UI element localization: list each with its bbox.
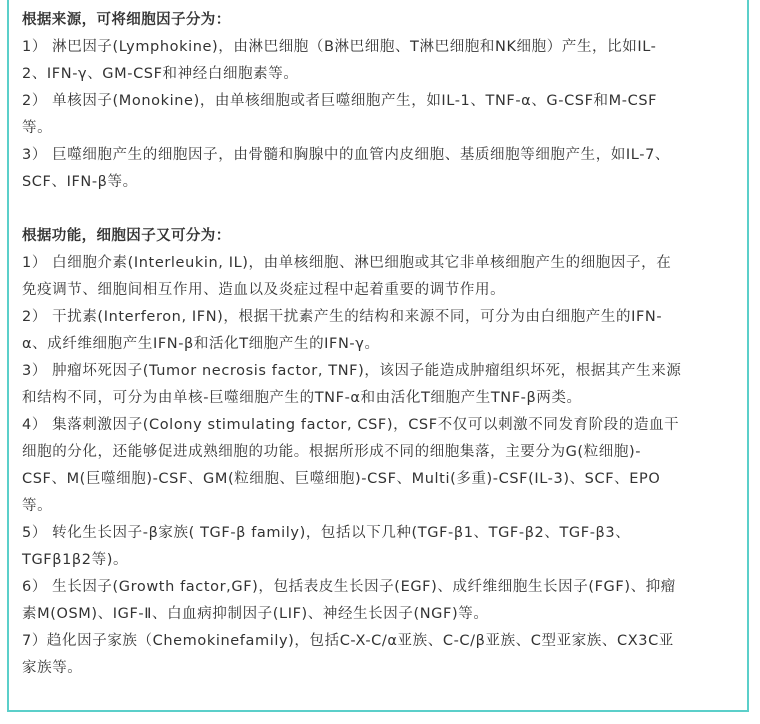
paragraph-line: TGFβ1β2等)。 — [22, 547, 742, 574]
paragraph-line: 3） 巨噬细胞产生的细胞因子，由骨髓和胸腺中的血管内皮细胞、基质细胞等细胞产生，… — [22, 142, 742, 169]
paragraph-line: 细胞的分化，还能够促进成熟细胞的功能。根据所形成不同的细胞集落，主要分为G(粒细… — [22, 439, 742, 466]
paragraph-line: 等。 — [22, 493, 742, 520]
paragraph-line: 3） 肿瘤坏死因子(Tumor necrosis factor, TNF)，该因… — [22, 358, 742, 385]
paragraph-line: 2） 干扰素(Interferon, IFN)，根据干扰素产生的结构和来源不同，… — [22, 304, 742, 331]
paragraph-line: 等。 — [22, 115, 742, 142]
paragraph-line: 2、IFN-γ、GM-CSF和神经白细胞素等。 — [22, 61, 742, 88]
paragraph-line: 7）趋化因子家族（Chemokinefamily)，包括C-X-C/α亚族、C-… — [22, 628, 742, 655]
paragraph-line: 4） 集落刺激因子(Colony stimulating factor, CSF… — [22, 412, 742, 439]
section-heading-function: 根据功能，细胞因子又可分为： — [22, 223, 742, 250]
paragraph-line: 1） 白细胞介素(Interleukin, IL)，由单核细胞、淋巴细胞或其它非… — [22, 250, 742, 277]
paragraph-line: 素M(OSM)、IGF-Ⅱ、白血病抑制因子(LIF)、神经生长因子(NGF)等。 — [22, 601, 742, 628]
paragraph-line: 2） 单核因子(Monokine)，由单核细胞或者巨噬细胞产生，如IL-1、TN… — [22, 88, 742, 115]
paragraph-line: 6） 生长因子(Growth factor,GF)，包括表皮生长因子(EGF)、… — [22, 574, 742, 601]
paragraph-line: CSF、M(巨噬细胞)-CSF、GM(粒细胞、巨噬细胞)-CSF、Multi(多… — [22, 466, 742, 493]
spacer — [22, 196, 742, 223]
article-body: 根据来源，可将细胞因子分为： 1） 淋巴因子(Lymphokine)，由淋巴细胞… — [22, 7, 742, 682]
paragraph-line: 家族等。 — [22, 655, 742, 682]
paragraph-line: 免疫调节、细胞间相互作用、造血以及炎症过程中起着重要的调节作用。 — [22, 277, 742, 304]
paragraph-line: 5） 转化生长因子-β家族( TGF-β family)，包括以下几种(TGF-… — [22, 520, 742, 547]
paragraph-line: SCF、IFN-β等。 — [22, 169, 742, 196]
paragraph-line: α、成纤维细胞产生IFN-β和活化T细胞产生的IFN-γ。 — [22, 331, 742, 358]
paragraph-line: 1） 淋巴因子(Lymphokine)，由淋巴细胞（B淋巴细胞、T淋巴细胞和NK… — [22, 34, 742, 61]
paragraph-line: 和结构不同，可分为由单核-巨噬细胞产生的TNF-α和由活化T细胞产生TNF-β两… — [22, 385, 742, 412]
section-heading-source: 根据来源，可将细胞因子分为： — [22, 7, 742, 34]
